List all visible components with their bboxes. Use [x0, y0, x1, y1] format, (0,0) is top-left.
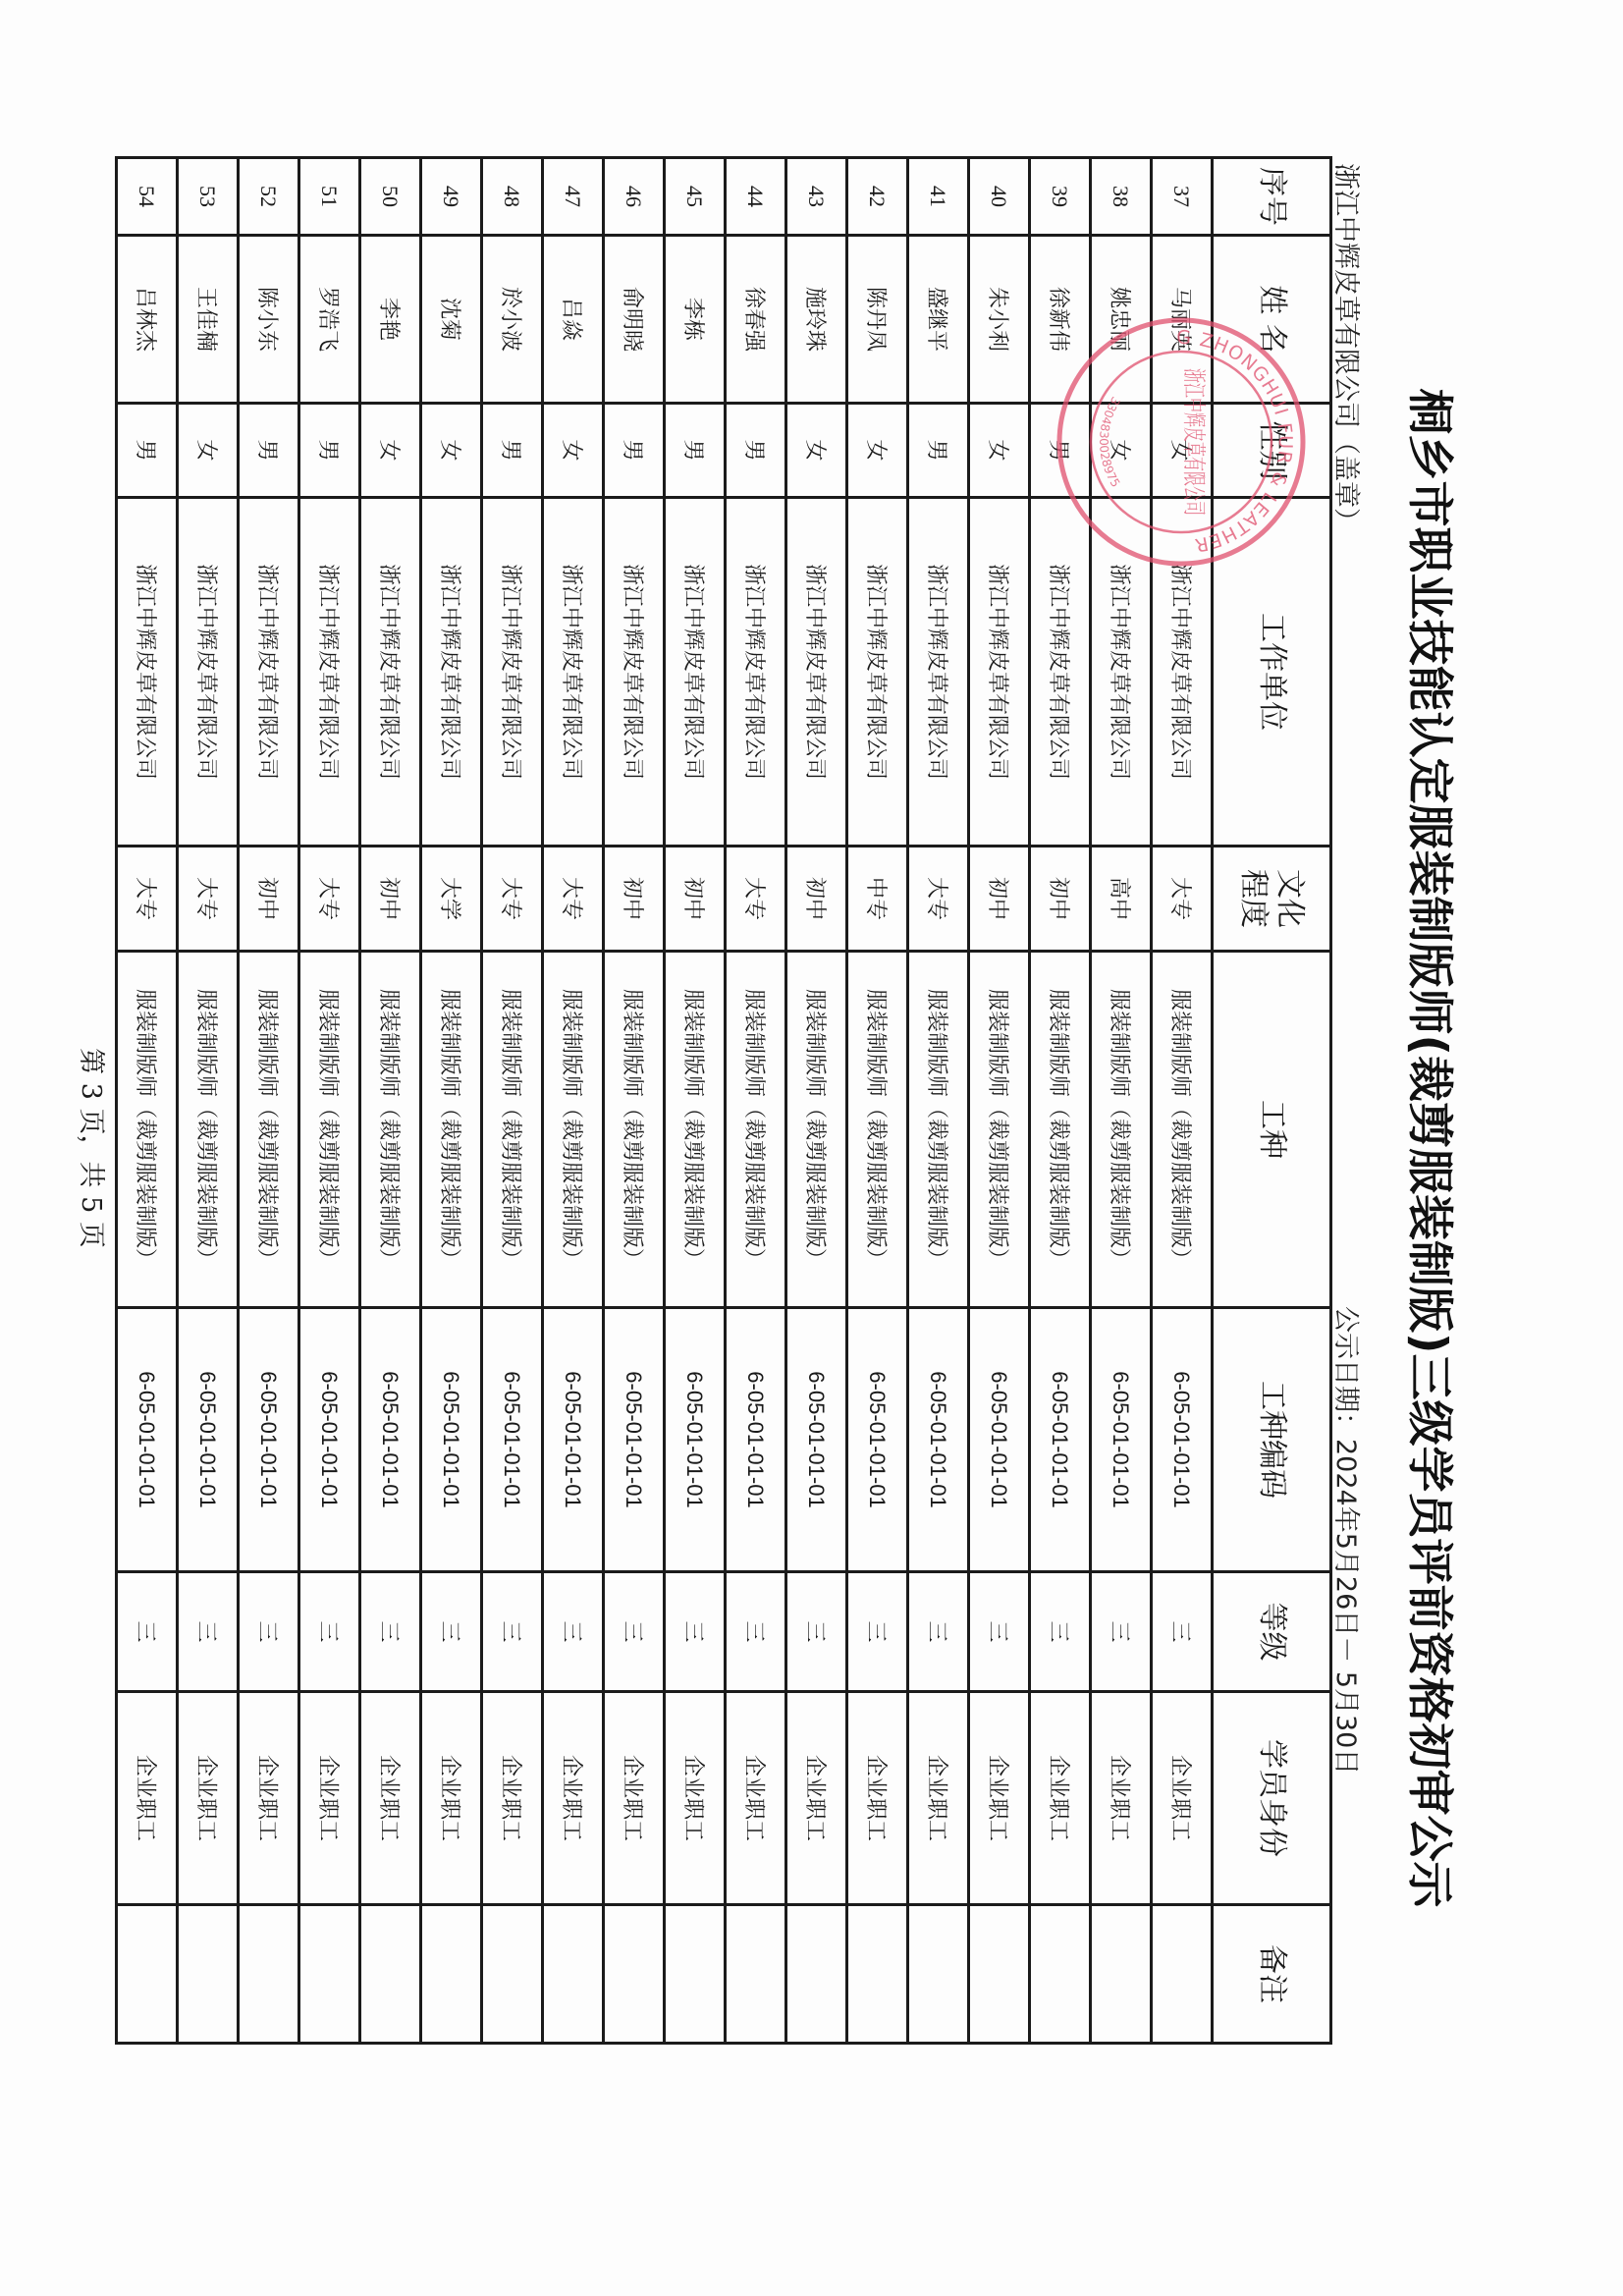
table-row: 49沈菊女浙江中辉皮草有限公司大学服装制版师（裁剪服装制版）6-05-01-01…	[421, 158, 482, 2044]
row-occupation: 服装制版师（裁剪服装制版）	[543, 952, 604, 1308]
row-occupation: 服装制版师（裁剪服装制版）	[299, 952, 360, 1308]
header-occupation: 工种	[1213, 952, 1331, 1308]
row-occupation: 服装制版师（裁剪服装制版）	[908, 952, 969, 1308]
row-occupation-code: 6-05-01-01-01	[299, 1308, 360, 1572]
row-education: 大专	[726, 847, 786, 952]
table-row: 51罗浩飞男浙江中辉皮草有限公司大专服装制版师（裁剪服装制版）6-05-01-0…	[299, 158, 360, 2044]
row-identity: 企业职工	[969, 1692, 1030, 1905]
row-name: 罗浩飞	[299, 236, 360, 404]
row-identity: 企业职工	[1030, 1692, 1091, 1905]
table-header-row: 序号 姓 名 性别 工作单位 文化程度 工种 工种编码 等级 学员身份 备注	[1213, 158, 1331, 2044]
row-education: 大专	[908, 847, 969, 952]
row-employer: 浙江中辉皮草有限公司	[299, 498, 360, 847]
row-identity: 企业职工	[786, 1692, 847, 1905]
row-remarks	[178, 1905, 239, 2044]
row-gender: 女	[786, 404, 847, 498]
row-level: 三	[117, 1572, 178, 1692]
row-identity: 企业职工	[482, 1692, 543, 1905]
row-remarks	[239, 1905, 299, 2044]
row-employer: 浙江中辉皮草有限公司	[360, 498, 421, 847]
row-index: 44	[726, 158, 786, 236]
row-name: 沈菊	[421, 236, 482, 404]
row-level: 三	[421, 1572, 482, 1692]
table-row: 41盛继平男浙江中辉皮草有限公司大专服装制版师（裁剪服装制版）6-05-01-0…	[908, 158, 969, 2044]
row-level: 三	[908, 1572, 969, 1692]
row-name: 李栋	[665, 236, 726, 404]
row-index: 47	[543, 158, 604, 236]
table-row: 46俞明晓男浙江中辉皮草有限公司初中服装制版师（裁剪服装制版）6-05-01-0…	[604, 158, 665, 2044]
table-row: 53王佳楠女浙江中辉皮草有限公司大专服装制版师（裁剪服装制版）6-05-01-0…	[178, 158, 239, 2044]
row-remarks	[543, 1905, 604, 2044]
row-remarks	[969, 1905, 1030, 2044]
row-index: 38	[1091, 158, 1152, 236]
row-gender: 男	[665, 404, 726, 498]
row-employer: 浙江中辉皮草有限公司	[604, 498, 665, 847]
table-row: 44徐春强男浙江中辉皮草有限公司大专服装制版师（裁剪服装制版）6-05-01-0…	[726, 158, 786, 2044]
row-name: 吕林杰	[117, 236, 178, 404]
header-occupation-code: 工种编码	[1213, 1308, 1331, 1572]
row-identity: 企业职工	[178, 1692, 239, 1905]
row-occupation-code: 6-05-01-01-01	[117, 1308, 178, 1572]
row-gender: 女	[421, 404, 482, 498]
table-row: 45李栋男浙江中辉皮草有限公司初中服装制版师（裁剪服装制版）6-05-01-01…	[665, 158, 726, 2044]
header-gender: 性别	[1213, 404, 1331, 498]
row-occupation: 服装制版师（裁剪服装制版）	[421, 952, 482, 1308]
row-employer: 浙江中辉皮草有限公司	[178, 498, 239, 847]
table-row: 47吕焱女浙江中辉皮草有限公司大专服装制版师（裁剪服装制版）6-05-01-01…	[543, 158, 604, 2044]
row-level: 三	[604, 1572, 665, 1692]
row-occupation: 服装制版师（裁剪服装制版）	[1152, 952, 1213, 1308]
row-education: 大专	[1152, 847, 1213, 952]
row-level: 三	[178, 1572, 239, 1692]
row-level: 三	[360, 1572, 421, 1692]
row-level: 三	[239, 1572, 299, 1692]
row-education: 初中	[239, 847, 299, 952]
table-row: 42陈丹凤女浙江中辉皮草有限公司中专服装制版师（裁剪服装制版）6-05-01-0…	[847, 158, 908, 2044]
row-gender: 男	[239, 404, 299, 498]
row-level: 三	[543, 1572, 604, 1692]
row-remarks	[421, 1905, 482, 2044]
row-gender: 女	[543, 404, 604, 498]
row-name: 於小波	[482, 236, 543, 404]
row-gender: 男	[482, 404, 543, 498]
row-occupation-code: 6-05-01-01-01	[178, 1308, 239, 1572]
row-occupation-code: 6-05-01-01-01	[969, 1308, 1030, 1572]
table-row: 39徐新伟男浙江中辉皮草有限公司初中服装制版师（裁剪服装制版）6-05-01-0…	[1030, 158, 1091, 2044]
row-level: 三	[482, 1572, 543, 1692]
row-level: 三	[1152, 1572, 1213, 1692]
row-name: 吕焱	[543, 236, 604, 404]
page-footer: 第 3 页，共 5 页	[75, 0, 113, 2296]
row-employer: 浙江中辉皮草有限公司	[1091, 498, 1152, 847]
row-employer: 浙江中辉皮草有限公司	[117, 498, 178, 847]
row-occupation: 服装制版师（裁剪服装制版）	[117, 952, 178, 1308]
header-level: 等级	[1213, 1572, 1331, 1692]
row-index: 48	[482, 158, 543, 236]
row-name: 姚忠丽	[1091, 236, 1152, 404]
row-employer: 浙江中辉皮草有限公司	[482, 498, 543, 847]
row-name: 徐春强	[726, 236, 786, 404]
row-level: 三	[1030, 1572, 1091, 1692]
row-gender: 男	[299, 404, 360, 498]
row-gender: 女	[360, 404, 421, 498]
row-education: 大专	[117, 847, 178, 952]
row-name: 俞明晓	[604, 236, 665, 404]
row-index: 51	[299, 158, 360, 236]
row-name: 马丽英	[1152, 236, 1213, 404]
roster-table: 序号 姓 名 性别 工作单位 文化程度 工种 工种编码 等级 学员身份 备注 3…	[115, 156, 1332, 2045]
row-occupation-code: 6-05-01-01-01	[847, 1308, 908, 1572]
row-index: 54	[117, 158, 178, 236]
row-index: 39	[1030, 158, 1091, 236]
header-identity: 学员身份	[1213, 1692, 1331, 1905]
row-education: 大专	[299, 847, 360, 952]
row-level: 三	[786, 1572, 847, 1692]
header-name: 姓 名	[1213, 236, 1331, 404]
row-gender: 男	[604, 404, 665, 498]
row-education: 初中	[604, 847, 665, 952]
row-name: 朱小利	[969, 236, 1030, 404]
row-education: 初中	[1030, 847, 1091, 952]
row-education: 初中	[786, 847, 847, 952]
row-occupation-code: 6-05-01-01-01	[786, 1308, 847, 1572]
row-name: 陈丹凤	[847, 236, 908, 404]
table-row: 52陈小东男浙江中辉皮草有限公司初中服装制版师（裁剪服装制版）6-05-01-0…	[239, 158, 299, 2044]
row-gender: 女	[1152, 404, 1213, 498]
row-gender: 女	[847, 404, 908, 498]
row-index: 50	[360, 158, 421, 236]
row-occupation-code: 6-05-01-01-01	[604, 1308, 665, 1572]
row-remarks	[117, 1905, 178, 2044]
row-gender: 女	[178, 404, 239, 498]
row-gender: 女	[1091, 404, 1152, 498]
row-identity: 企业职工	[299, 1692, 360, 1905]
row-employer: 浙江中辉皮草有限公司	[239, 498, 299, 847]
row-education: 大学	[421, 847, 482, 952]
row-index: 46	[604, 158, 665, 236]
table-row: 38姚忠丽女浙江中辉皮草有限公司高中服装制版师（裁剪服装制版）6-05-01-0…	[1091, 158, 1152, 2044]
row-name: 徐新伟	[1030, 236, 1091, 404]
row-employer: 浙江中辉皮草有限公司	[1030, 498, 1091, 847]
row-level: 三	[1091, 1572, 1152, 1692]
table-row: 43施玲珠女浙江中辉皮草有限公司初中服装制版师（裁剪服装制版）6-05-01-0…	[786, 158, 847, 2044]
row-occupation-code: 6-05-01-01-01	[543, 1308, 604, 1572]
table-row: 48於小波男浙江中辉皮草有限公司大专服装制版师（裁剪服装制版）6-05-01-0…	[482, 158, 543, 2044]
row-name: 施玲珠	[786, 236, 847, 404]
header-index: 序号	[1213, 158, 1331, 236]
row-employer: 浙江中辉皮草有限公司	[543, 498, 604, 847]
company-line: 浙江中辉皮草有限公司（盖章）	[1329, 163, 1368, 534]
row-index: 41	[908, 158, 969, 236]
row-employer: 浙江中辉皮草有限公司	[421, 498, 482, 847]
row-remarks	[360, 1905, 421, 2044]
row-gender: 男	[726, 404, 786, 498]
row-occupation-code: 6-05-01-01-01	[239, 1308, 299, 1572]
row-remarks	[1091, 1905, 1152, 2044]
row-remarks	[786, 1905, 847, 2044]
row-identity: 企业职工	[421, 1692, 482, 1905]
row-occupation: 服装制版师（裁剪服装制版）	[726, 952, 786, 1308]
row-level: 三	[299, 1572, 360, 1692]
row-education: 初中	[360, 847, 421, 952]
row-occupation: 服装制版师（裁剪服装制版）	[847, 952, 908, 1308]
table-row: 37马丽英女浙江中辉皮草有限公司大专服装制版师（裁剪服装制版）6-05-01-0…	[1152, 158, 1213, 2044]
row-education: 初中	[969, 847, 1030, 952]
row-education: 中专	[847, 847, 908, 952]
row-index: 45	[665, 158, 726, 236]
row-occupation: 服装制版师（裁剪服装制版）	[1030, 952, 1091, 1308]
row-gender: 男	[117, 404, 178, 498]
row-occupation: 服装制版师（裁剪服装制版）	[969, 952, 1030, 1308]
row-occupation-code: 6-05-01-01-01	[482, 1308, 543, 1572]
row-occupation: 服装制版师（裁剪服装制版）	[239, 952, 299, 1308]
row-remarks	[847, 1905, 908, 2044]
row-occupation: 服装制版师（裁剪服装制版）	[1091, 952, 1152, 1308]
row-name: 陈小东	[239, 236, 299, 404]
row-occupation-code: 6-05-01-01-01	[665, 1308, 726, 1572]
header-remarks: 备注	[1213, 1905, 1331, 2044]
row-identity: 企业职工	[665, 1692, 726, 1905]
row-occupation-code: 6-05-01-01-01	[1030, 1308, 1091, 1572]
row-index: 40	[969, 158, 1030, 236]
row-identity: 企业职工	[1091, 1692, 1152, 1905]
row-employer: 浙江中辉皮草有限公司	[969, 498, 1030, 847]
row-occupation: 服装制版师（裁剪服装制版）	[360, 952, 421, 1308]
row-remarks	[665, 1905, 726, 2044]
row-level: 三	[726, 1572, 786, 1692]
row-identity: 企业职工	[726, 1692, 786, 1905]
row-name: 李艳	[360, 236, 421, 404]
row-index: 43	[786, 158, 847, 236]
publicity-date: 公示日期：2024年5月26日－ 5月30日	[1329, 1306, 1368, 1775]
row-index: 49	[421, 158, 482, 236]
row-employer: 浙江中辉皮草有限公司	[1152, 498, 1213, 847]
row-employer: 浙江中辉皮草有限公司	[726, 498, 786, 847]
row-education: 大专	[543, 847, 604, 952]
row-occupation-code: 6-05-01-01-01	[726, 1308, 786, 1572]
row-gender: 女	[969, 404, 1030, 498]
row-remarks	[299, 1905, 360, 2044]
row-education: 大专	[482, 847, 543, 952]
row-occupation-code: 6-05-01-01-01	[360, 1308, 421, 1572]
row-name: 盛继平	[908, 236, 969, 404]
row-remarks	[1030, 1905, 1091, 2044]
row-occupation: 服装制版师（裁剪服装制版）	[665, 952, 726, 1308]
row-occupation: 服装制版师（裁剪服装制版）	[482, 952, 543, 1308]
table-row: 50李艳女浙江中辉皮草有限公司初中服装制版师（裁剪服装制版）6-05-01-01…	[360, 158, 421, 2044]
row-education: 高中	[1091, 847, 1152, 952]
row-level: 三	[847, 1572, 908, 1692]
row-employer: 浙江中辉皮草有限公司	[786, 498, 847, 847]
row-remarks	[482, 1905, 543, 2044]
row-identity: 企业职工	[1152, 1692, 1213, 1905]
header-education: 文化程度	[1213, 847, 1331, 952]
row-remarks	[1152, 1905, 1213, 2044]
row-index: 52	[239, 158, 299, 236]
header-employer: 工作单位	[1213, 498, 1331, 847]
row-gender: 男	[1030, 404, 1091, 498]
row-remarks	[604, 1905, 665, 2044]
row-occupation-code: 6-05-01-01-01	[1152, 1308, 1213, 1572]
row-level: 三	[969, 1572, 1030, 1692]
row-remarks	[726, 1905, 786, 2044]
row-index: 53	[178, 158, 239, 236]
table-row: 40朱小利女浙江中辉皮草有限公司初中服装制版师（裁剪服装制版）6-05-01-0…	[969, 158, 1030, 2044]
row-education: 大专	[178, 847, 239, 952]
row-identity: 企业职工	[239, 1692, 299, 1905]
row-identity: 企业职工	[847, 1692, 908, 1905]
row-identity: 企业职工	[117, 1692, 178, 1905]
row-name: 王佳楠	[178, 236, 239, 404]
row-occupation: 服装制版师（裁剪服装制版）	[178, 952, 239, 1308]
row-index: 42	[847, 158, 908, 236]
table-row: 54吕林杰男浙江中辉皮草有限公司大专服装制版师（裁剪服装制版）6-05-01-0…	[117, 158, 178, 2044]
row-occupation: 服装制版师（裁剪服装制版）	[604, 952, 665, 1308]
row-identity: 企业职工	[604, 1692, 665, 1905]
row-level: 三	[665, 1572, 726, 1692]
row-identity: 企业职工	[543, 1692, 604, 1905]
row-identity: 企业职工	[360, 1692, 421, 1905]
document-page: 桐乡市职业技能认定服装制版师(裁剪服装制版)三级学员评前资格初审公示 浙江中辉皮…	[0, 0, 1623, 2296]
document-title: 桐乡市职业技能认定服装制版师(裁剪服装制版)三级学员评前资格初审公示	[1400, 0, 1466, 2296]
row-occupation-code: 6-05-01-01-01	[908, 1308, 969, 1572]
row-occupation-code: 6-05-01-01-01	[421, 1308, 482, 1572]
row-employer: 浙江中辉皮草有限公司	[847, 498, 908, 847]
row-remarks	[908, 1905, 969, 2044]
row-gender: 男	[908, 404, 969, 498]
row-employer: 浙江中辉皮草有限公司	[665, 498, 726, 847]
row-employer: 浙江中辉皮草有限公司	[908, 498, 969, 847]
row-identity: 企业职工	[908, 1692, 969, 1905]
row-index: 37	[1152, 158, 1213, 236]
row-occupation-code: 6-05-01-01-01	[1091, 1308, 1152, 1572]
row-occupation: 服装制版师（裁剪服装制版）	[786, 952, 847, 1308]
row-education: 初中	[665, 847, 726, 952]
